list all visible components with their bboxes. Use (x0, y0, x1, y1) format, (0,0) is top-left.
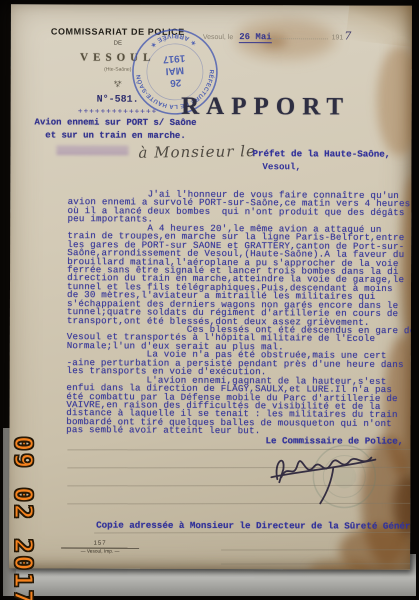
salutation-script: à Monsieur le (138, 142, 256, 162)
imprint-number: 157 (61, 540, 139, 546)
dateline-year-printed: 191 (332, 34, 344, 41)
dateline-leader (272, 30, 328, 39)
salutation-city: Vesoul, (262, 161, 301, 172)
subject-line-2: et sur un train en marche. (21, 129, 211, 143)
stain (376, 46, 412, 156)
scanned-document-photo: COMMISSARIAT DE POLICE DE VESOUL (Hte-Sa… (0, 0, 419, 600)
dateline-place: Vesoul, le (203, 34, 233, 41)
paper-corner-fold (346, 4, 412, 47)
salutation-recipient: Préfet de la Haute-Saône, (252, 148, 390, 159)
stamp-month: MAI (165, 64, 184, 76)
copy-note: Copie adressée à Monsieur le Directeur d… (96, 520, 412, 532)
dateline-year-handwritten: 7 (344, 29, 351, 42)
illegible-stamp-smudge (56, 145, 128, 154)
scan-date-stamp: 09 02 2017 (4, 436, 38, 600)
report-paper: COMMISSARIAT DE POLICE DE VESOUL (Hte-Sa… (9, 4, 412, 569)
dateline-date: 26 Mai (239, 32, 271, 43)
report-body: J'ai l'honneur de vous faire connaître q… (66, 190, 412, 437)
imprint-press: — Vesoul, Imp. — (61, 547, 139, 554)
printer-imprint: 157 — Vesoul, Imp. — (61, 540, 139, 554)
report-title: RAPPORT (161, 93, 371, 122)
printer-ornament-icon: ⁂ (114, 79, 122, 88)
dateline: Vesoul, le26 Mai1917 (203, 29, 351, 43)
stamp-day: 26 (169, 76, 181, 88)
signature (267, 437, 379, 510)
stamp-year: 1917 (162, 52, 185, 64)
